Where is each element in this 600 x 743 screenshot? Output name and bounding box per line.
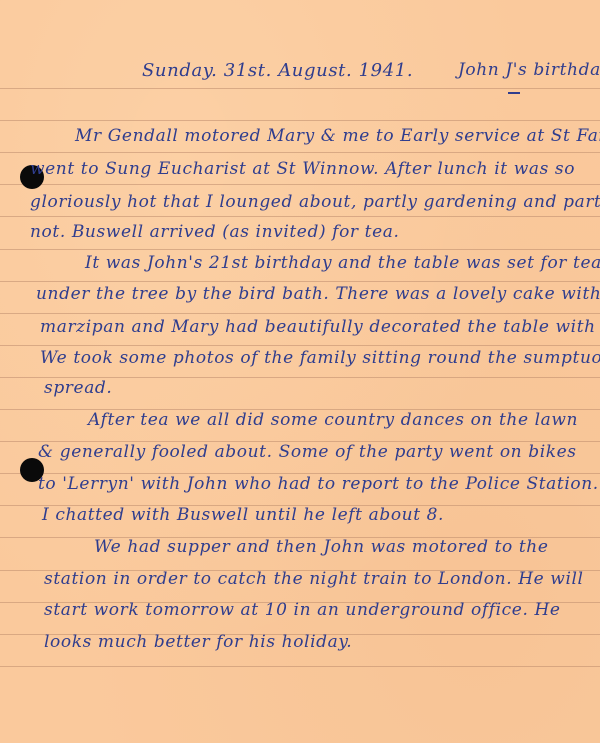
- ruled-line: [0, 249, 600, 250]
- text-line: gloriously hot that I lounged about, par…: [30, 192, 600, 212]
- ruled-line: [0, 313, 600, 314]
- ruled-line: [0, 184, 600, 185]
- text-line: station in order to catch the night trai…: [44, 569, 584, 589]
- text-line: looks much better for his holiday.: [44, 632, 352, 652]
- text-line: & generally fooled about. Some of the pa…: [38, 442, 577, 462]
- ruled-line: [0, 281, 600, 282]
- text-line: not. Buswell arrived (as invited) for te…: [30, 222, 399, 242]
- text-line: went to Sung Eucharist at St Winnow. Aft…: [30, 159, 575, 179]
- date-heading: Sunday. 31st. August. 1941.: [142, 60, 413, 81]
- text-line: We had supper and then John was motored …: [94, 537, 548, 557]
- ruled-line: [0, 345, 600, 346]
- ruled-line: [0, 666, 600, 667]
- ruled-line: [0, 152, 600, 153]
- note-underline: [508, 92, 520, 94]
- text-line: Mr Gendall motored Mary & me to Early se…: [75, 126, 600, 146]
- text-line: spread.: [44, 378, 112, 398]
- ruled-line: [0, 216, 600, 217]
- diary-page: Sunday. 31st. August. 1941. John J's bir…: [0, 0, 600, 743]
- text-line: After tea we all did some country dances…: [88, 410, 578, 430]
- text-line: under the tree by the bird bath. There w…: [36, 284, 600, 304]
- text-line: I chatted with Buswell until he left abo…: [42, 505, 444, 525]
- ruled-line: [0, 120, 600, 121]
- ruled-line: [0, 88, 600, 89]
- margin-note: John J's birthday: [458, 60, 600, 80]
- text-line: We took some photos of the family sittin…: [40, 348, 600, 368]
- text-line: It was John's 21st birthday and the tabl…: [85, 253, 600, 273]
- text-line: start work tomorrow at 10 in an undergro…: [44, 600, 561, 620]
- text-line: marzipan and Mary had beautifully decora…: [40, 317, 600, 337]
- text-line: to 'Lerryn' with John who had to report …: [38, 474, 599, 494]
